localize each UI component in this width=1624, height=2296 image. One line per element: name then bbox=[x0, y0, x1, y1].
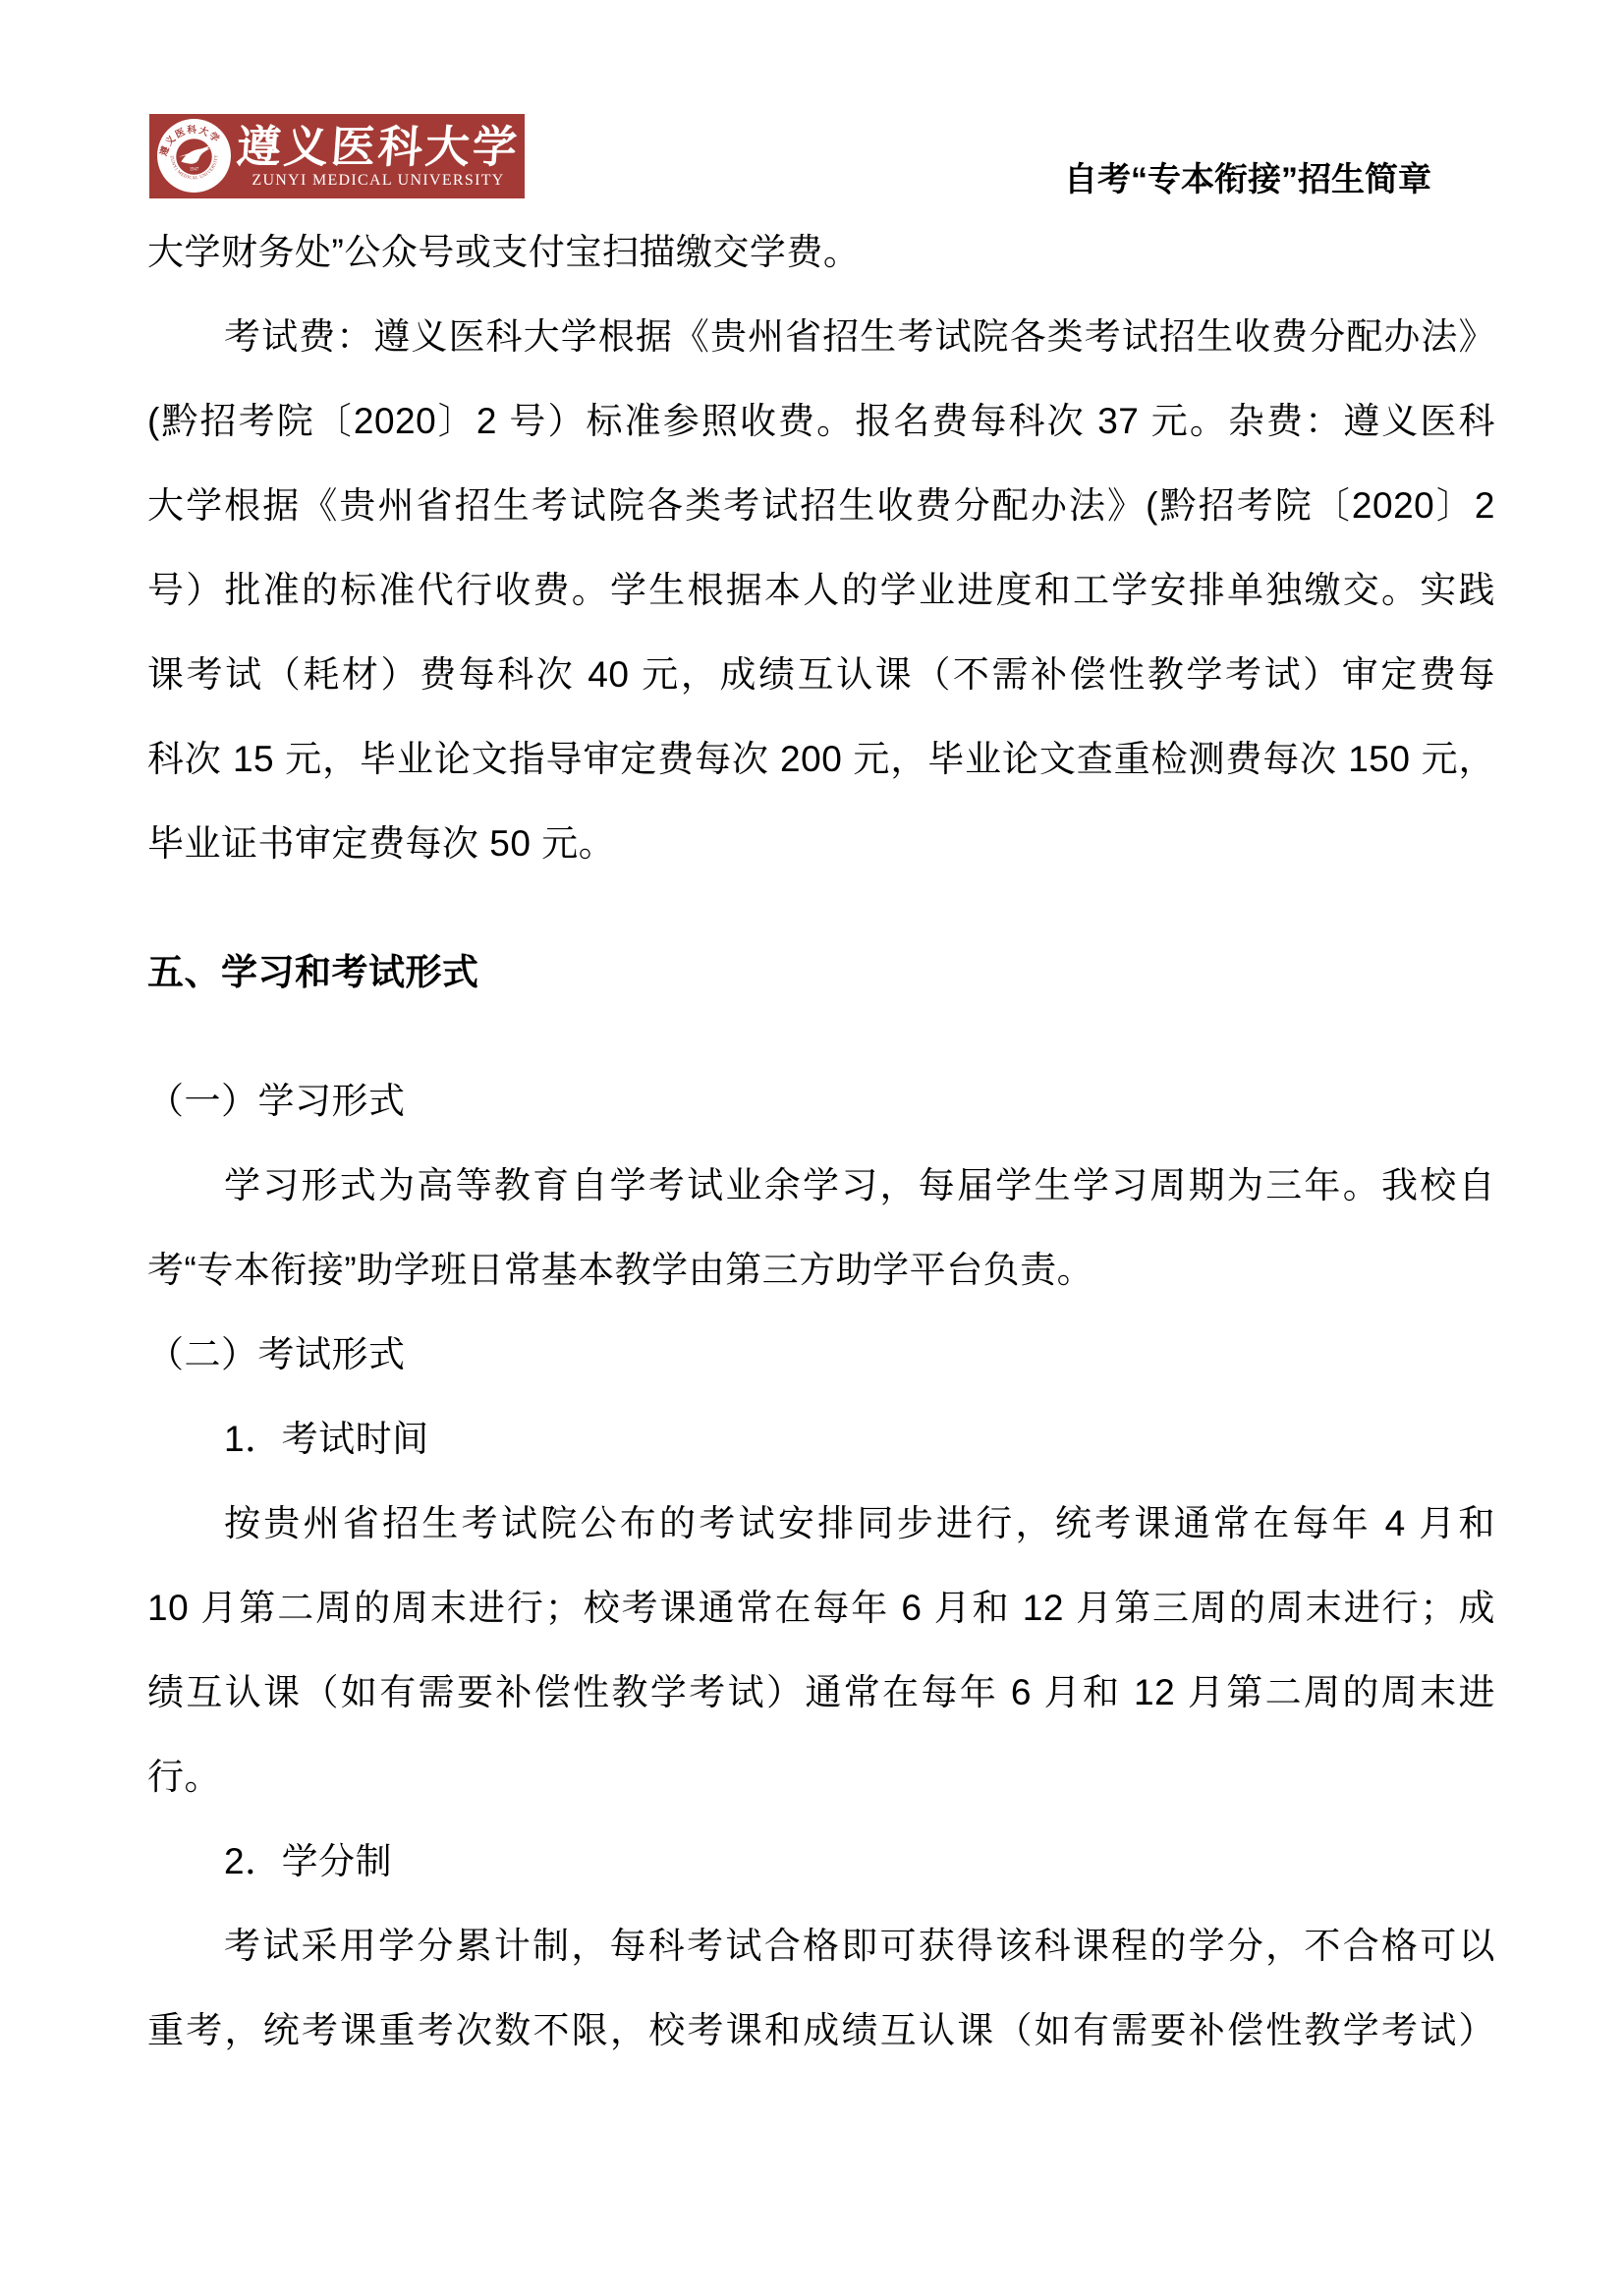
body-text-line: （二）考试形式 bbox=[147, 1313, 1495, 1397]
body-text-line: 考试采用学分累计制，每科考试合格即可获得该科课程的学分，不合格可以 bbox=[147, 1904, 1495, 1988]
body-text-line: 学习形式为高等教育自学考试业余学习，每届学生学习周期为三年。我校自 bbox=[147, 1144, 1495, 1228]
body-text-line: 大学财务处”公众号或支付宝扫描缴交学费。 bbox=[147, 210, 1495, 295]
body-text-line: （一）学习形式 bbox=[147, 1059, 1495, 1144]
university-logo-banner: 遵义医科大学 1947 ZUNYI MEDICAL UNIVERSITY 遵义医… bbox=[149, 114, 525, 198]
university-name-calligraphy: 遵义医科大学 bbox=[235, 125, 521, 169]
doc-header-title: 自考“专本衔接”招生简章 bbox=[1064, 159, 1431, 200]
body-text-line: 大学根据《贵州省招生考试院各类考试招生收费分配办法》(黔招考院〔2020〕2 bbox=[147, 464, 1495, 548]
body-text-line: 绩互认课（如有需要补偿性教学考试）通常在每年 6 月和 12 月第二周的周末进 bbox=[147, 1651, 1495, 1735]
section-heading: 五、学习和考试形式 bbox=[147, 930, 1495, 1015]
body-text-line: 行。 bbox=[147, 1735, 1495, 1820]
body-text-line: 重考，统考课重考次数不限，校考课和成绩互认课（如有需要补偿性教学考试） bbox=[147, 1988, 1495, 2073]
body-text-line: 考“专本衔接”助学班日常基本教学由第三方助学平台负责。 bbox=[147, 1228, 1495, 1313]
document-page: 遵义医科大学 1947 ZUNYI MEDICAL UNIVERSITY 遵义医… bbox=[0, 0, 1624, 2296]
seal-year: 1947 bbox=[190, 168, 199, 173]
body-text-line: 毕业证书审定费每次 50 元。 bbox=[147, 802, 1495, 886]
body-text-line: 考试费：遵义医科大学根据《贵州省招生考试院各类考试招生收费分配办法》 bbox=[147, 295, 1495, 379]
body-text-line: 按贵州省招生考试院公布的考试安排同步进行，统考课通常在每年 4 月和 bbox=[147, 1482, 1495, 1566]
body-text-line: 课考试（耗材）费每科次 40 元，成绩互认课（不需补偿性教学考试）审定费每 bbox=[147, 633, 1495, 717]
university-seal-icon: 遵义医科大学 1947 ZUNYI MEDICAL UNIVERSITY bbox=[157, 119, 231, 193]
body-text-line: 号）批准的标准代行收费。学生根据本人的学业进度和工学安排单独缴交。实践 bbox=[147, 548, 1495, 633]
university-name-block: 遵义医科大学 ZUNYI MEDICAL UNIVERSITY bbox=[232, 114, 525, 198]
document-body: 大学财务处”公众号或支付宝扫描缴交学费。考试费：遵义医科大学根据《贵州省招生考试… bbox=[147, 210, 1495, 2073]
body-text-line: 科次 15 元，毕业论文指导审定费每次 200 元，毕业论文查重检测费每次 15… bbox=[147, 717, 1495, 802]
body-text-line: 10 月第二周的周末进行；校考课通常在每年 6 月和 12 月第三周的周末进行；… bbox=[147, 1566, 1495, 1651]
body-text-line: 1．考试时间 bbox=[147, 1397, 1495, 1482]
body-text-line: 2．学分制 bbox=[147, 1820, 1495, 1904]
university-name-english: ZUNYI MEDICAL UNIVERSITY bbox=[252, 173, 504, 189]
body-text-line: (黔招考院〔2020〕2 号）标准参照收费。报名费每科次 37 元。杂费：遵义医… bbox=[147, 379, 1495, 464]
